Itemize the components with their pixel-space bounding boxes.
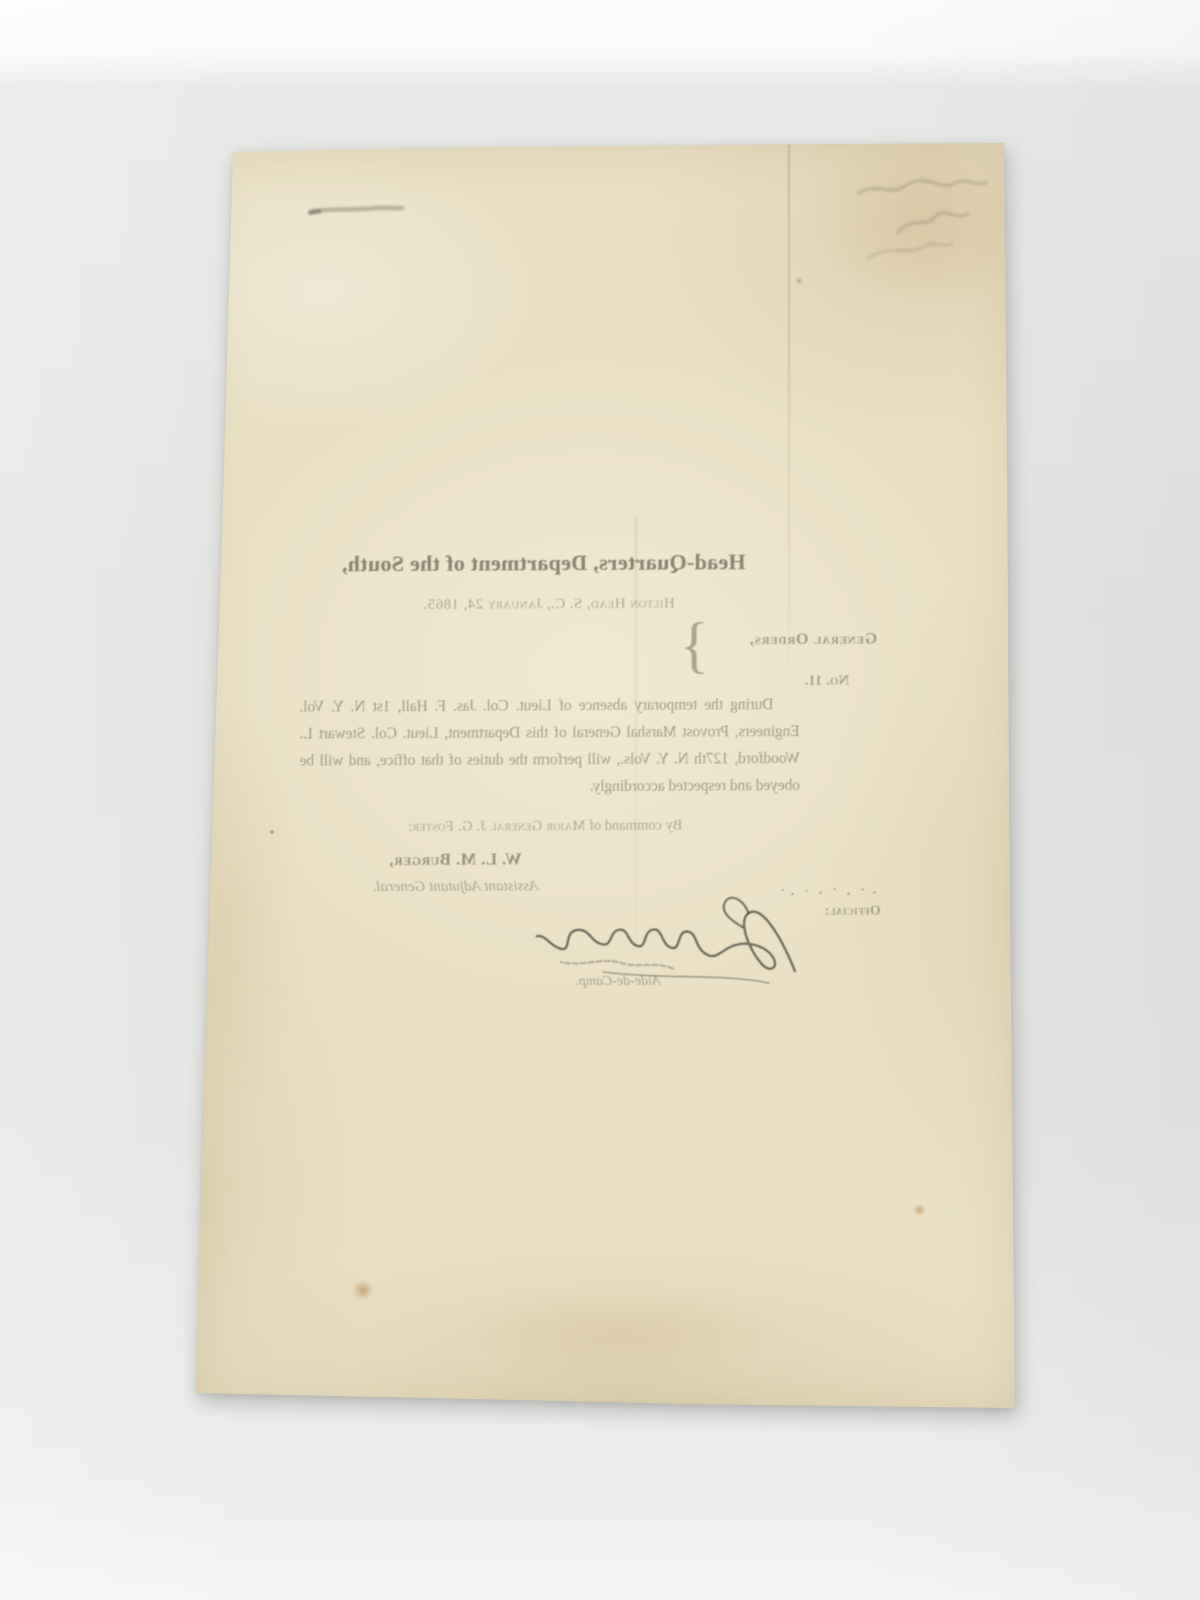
foxing-spot bbox=[913, 1204, 926, 1216]
orders-number: No. 11. bbox=[805, 673, 850, 690]
masthead-blackletter: Head-Quarters, Department of the South, bbox=[304, 549, 784, 578]
photo-backdrop: Head-Quarters, Department of the South, … bbox=[0, 0, 1200, 1600]
orders-label: General Orders, bbox=[749, 630, 877, 649]
commanding-general-name: Major General J. G. Foster: bbox=[408, 818, 586, 835]
dateline-date: January 24, 1865. bbox=[423, 596, 542, 613]
faint-rank-scribble bbox=[554, 956, 679, 975]
toning-stain-bottom bbox=[460, 1288, 780, 1378]
pencil-smudge bbox=[306, 198, 406, 222]
toning-stain-top-right bbox=[810, 126, 1050, 301]
toning-stain-left bbox=[168, 698, 298, 1128]
ink-speck bbox=[269, 829, 275, 835]
by-command-line: By command of Major General J. G. Foster… bbox=[350, 817, 740, 836]
dateline-place: Hilton Head, S. C., bbox=[546, 596, 674, 613]
order-body-paragraph: During the temporary absence of Lieut. C… bbox=[299, 691, 800, 802]
signer-name: W. L. M. Burger, bbox=[290, 849, 620, 871]
official-label: Official: bbox=[824, 902, 881, 918]
pencil-scribbles bbox=[835, 162, 1020, 277]
dateline: Hilton Head, S. C., January 24, 1865. bbox=[304, 595, 794, 615]
showthrough-text-block: Head-Quarters, Department of the South, … bbox=[299, 548, 882, 1046]
paper-shadow-wrap: Head-Quarters, Department of the South, … bbox=[0, 0, 1200, 1600]
foxing-spot bbox=[352, 1280, 374, 1300]
aged-paper-sheet: Head-Quarters, Department of the South, … bbox=[190, 138, 1022, 1416]
brace-glyph: } bbox=[679, 613, 709, 677]
foxing-spot bbox=[795, 277, 803, 285]
aide-de-camp-title: Aide-de-Camp. bbox=[543, 973, 693, 990]
by-command-prefix: By command of bbox=[585, 818, 682, 835]
